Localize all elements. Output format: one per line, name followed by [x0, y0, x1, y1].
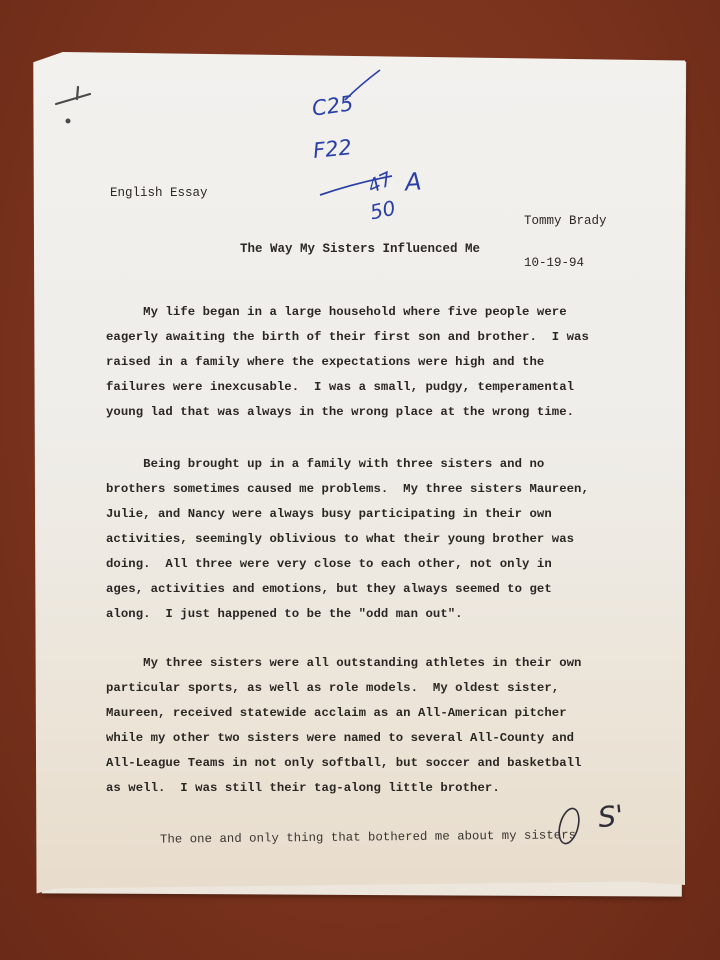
- essay-title: The Way My Sisters Influenced Me: [240, 242, 480, 256]
- essay-date: 10-19-94: [524, 256, 607, 270]
- margin-note: S': [596, 799, 625, 834]
- header-course: English Essay: [110, 186, 208, 200]
- author-name: Tommy Brady: [524, 214, 607, 228]
- paragraph-2: Being brought up in a family with three …: [106, 452, 606, 627]
- letter-grade: A: [404, 167, 422, 196]
- paragraph-1: My life began in a large household where…: [106, 300, 606, 425]
- grade-line-2: F22: [312, 135, 353, 163]
- paragraph-4: The one and only thing that bothered me …: [160, 822, 660, 852]
- paragraph-3: My three sisters were all outstanding at…: [106, 651, 606, 801]
- header-author-date: Tommy Brady 10-19-94: [524, 186, 607, 284]
